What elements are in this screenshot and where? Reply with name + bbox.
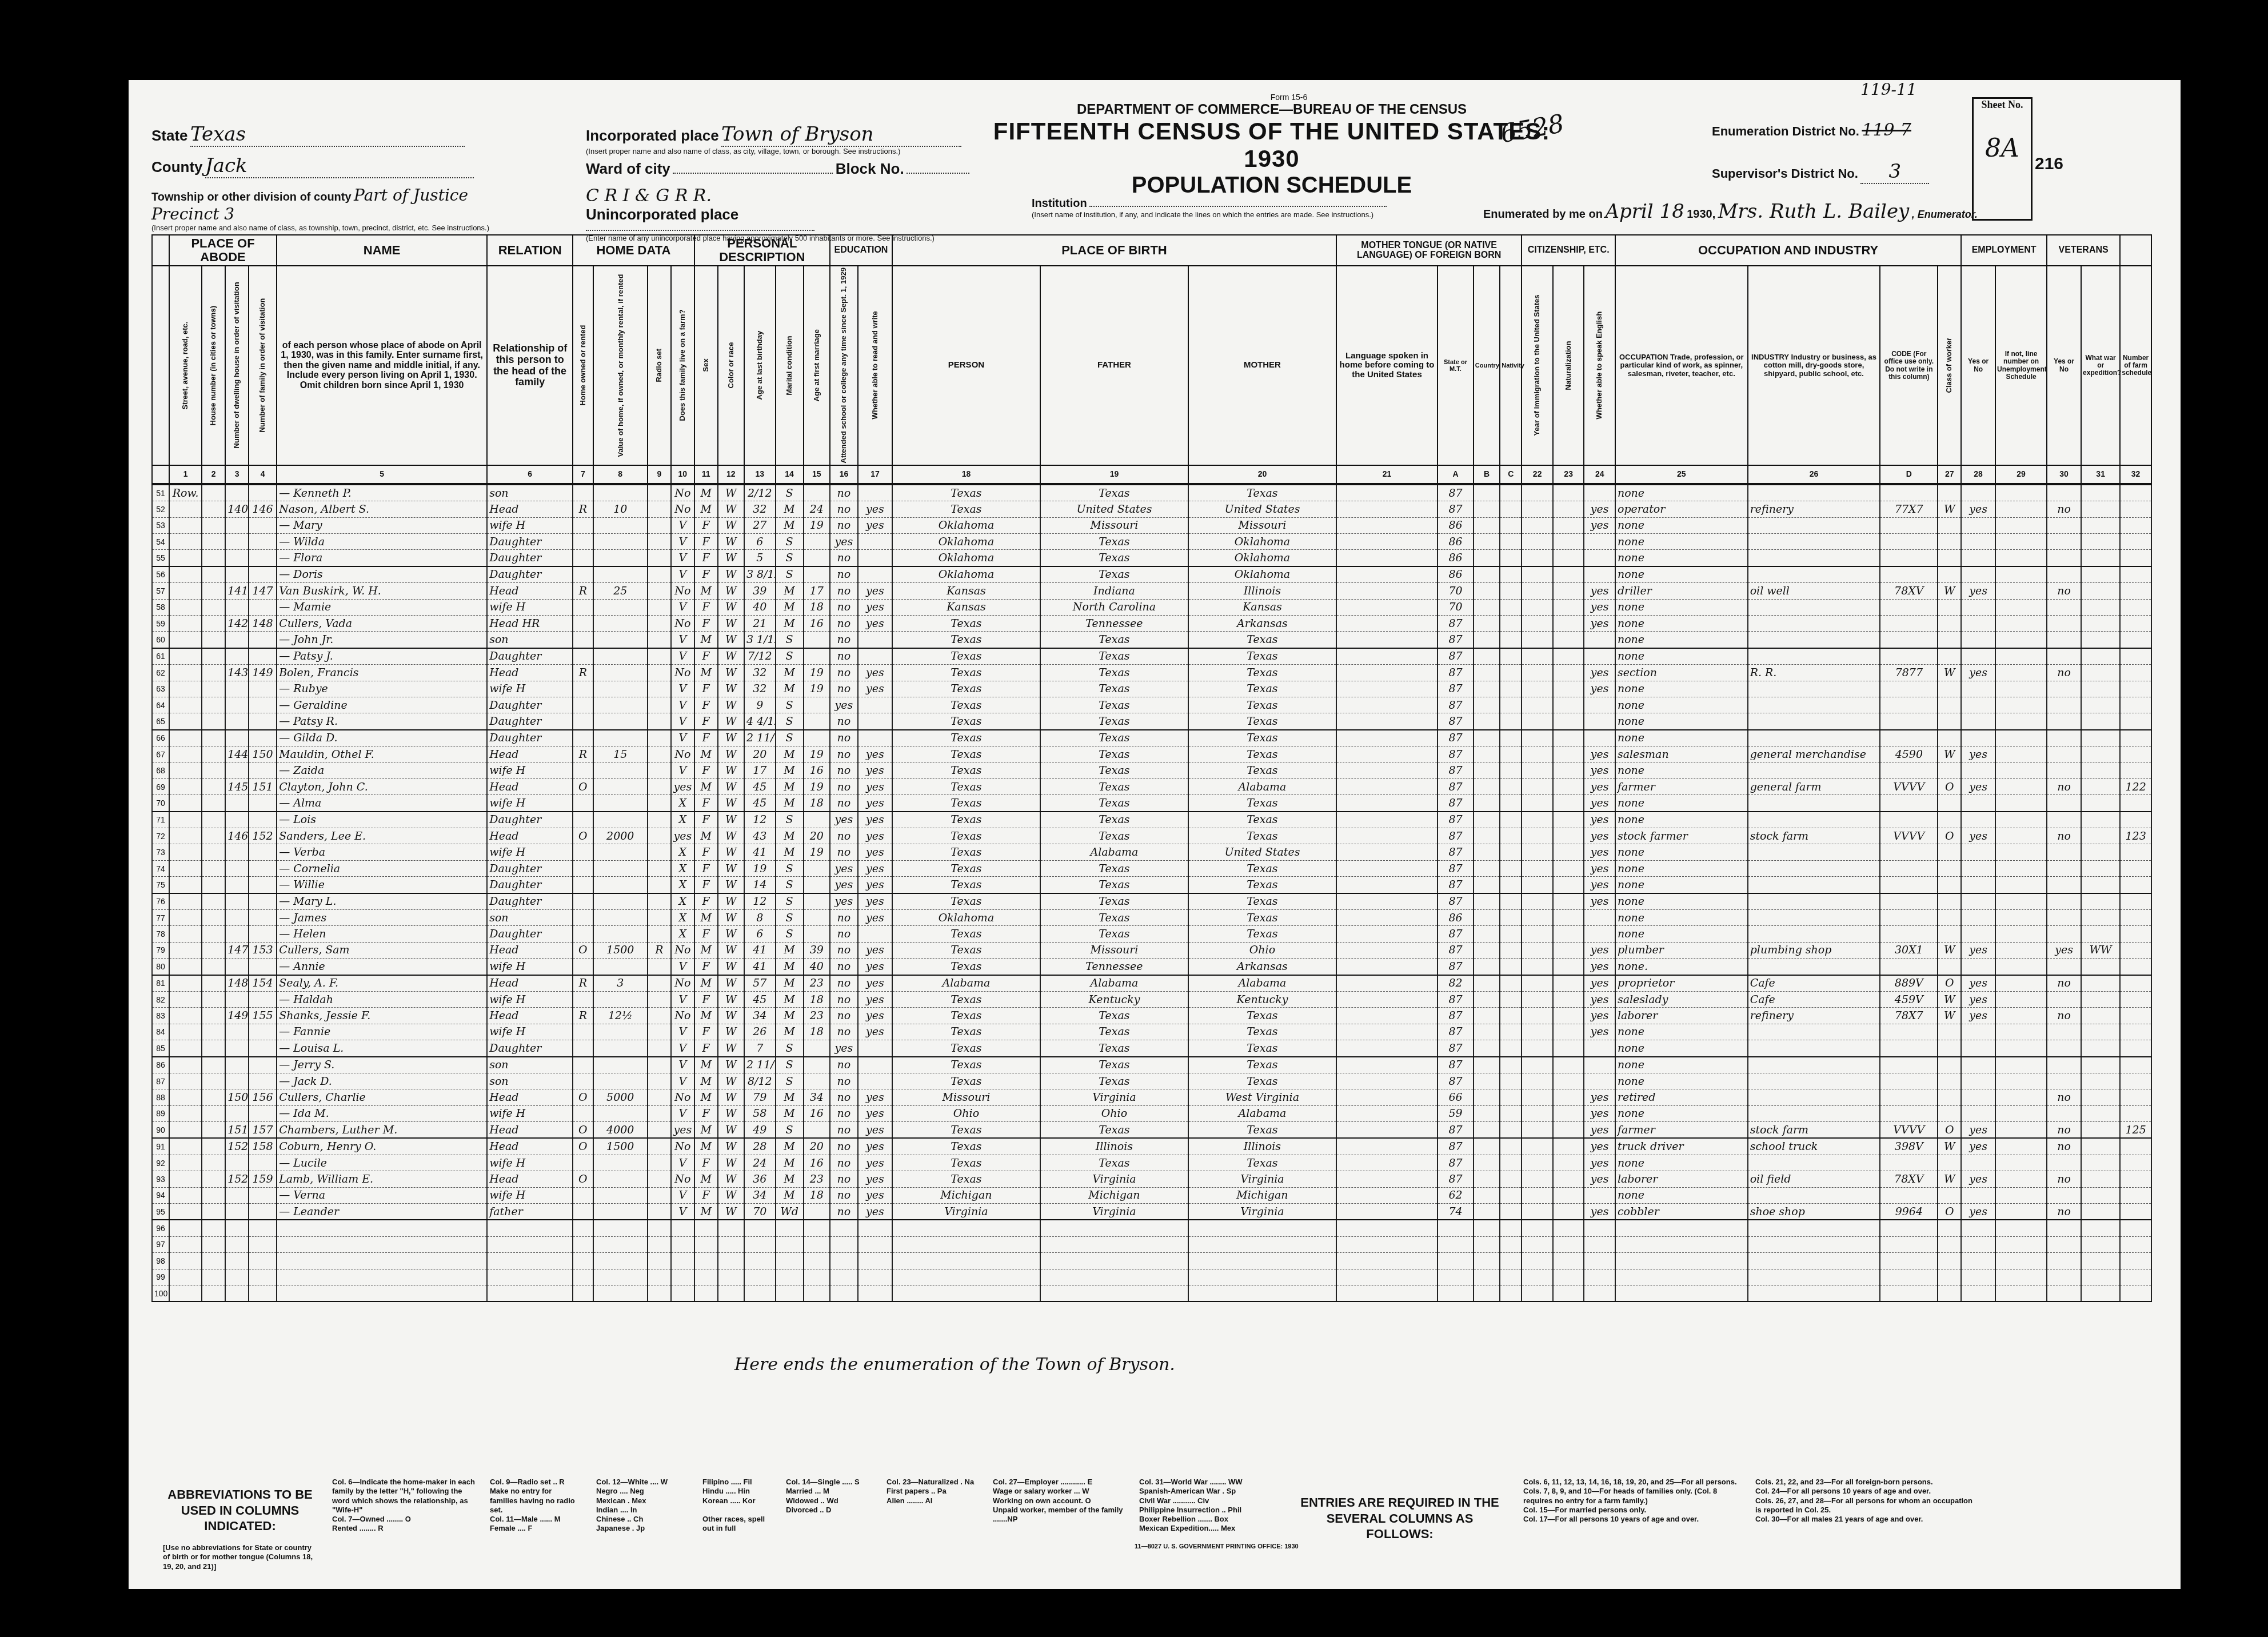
cell-own [573, 713, 593, 730]
cell-cls: O [1938, 778, 1961, 794]
county-field: County Jack [151, 154, 474, 178]
cell-own [573, 566, 593, 583]
cell-school: no [830, 583, 858, 599]
cell-nat [1553, 713, 1584, 730]
cell-race: W [718, 746, 744, 762]
cell-work [1961, 599, 1995, 615]
cell-rel: Daughter [487, 877, 573, 893]
cell-code [1880, 550, 1938, 566]
cell-bpm: Texas [1188, 795, 1336, 812]
cell-a: 87 [1438, 1073, 1474, 1089]
cell-street [169, 681, 202, 697]
cell-vet: no [2047, 501, 2081, 517]
cell-sex: F [694, 1155, 718, 1171]
abbrev-col14: Col. 14—Single ..... S Married ... M Wid… [786, 1478, 872, 1580]
cell-lang [1336, 1253, 1438, 1269]
sheet-value: 8A [1974, 134, 2031, 163]
cell-farmsch [2120, 534, 2151, 550]
cell-bpm [1188, 1236, 1336, 1252]
cell-nat [1553, 1105, 1584, 1121]
cell-mar: S [776, 534, 804, 550]
cell-farm: No [671, 665, 694, 681]
cell-a: 87 [1438, 665, 1474, 681]
cell-fam: 153 [249, 942, 277, 958]
cell-ind [1748, 1155, 1880, 1171]
cell-mar: S [776, 926, 804, 942]
cell-farmsch [2120, 615, 2151, 631]
cell-work [1961, 697, 1995, 713]
cell-val: 3 [593, 975, 648, 992]
cell-vet: no [2047, 1089, 2081, 1105]
cell-fam: 156 [249, 1089, 277, 1105]
cell-bp: Texas [892, 713, 1040, 730]
cell-b [1474, 484, 1500, 501]
cell-school: no [830, 1105, 858, 1121]
cell-fam [249, 1236, 277, 1252]
cell-lang [1336, 812, 1438, 828]
cell-own [573, 1204, 593, 1220]
cell-radio [648, 1089, 671, 1105]
cell-cls: O [1938, 975, 1961, 992]
cell-school: no [830, 501, 858, 517]
cell-bpm: Texas [1188, 909, 1336, 925]
cell-unemp [1995, 615, 2047, 631]
cell-war [2081, 1057, 2120, 1073]
cell-dwell [225, 1204, 249, 1220]
cell-dwell [225, 877, 249, 893]
cell-lang [1336, 1040, 1438, 1057]
cell-b [1474, 877, 1500, 893]
cell-ind [1748, 1073, 1880, 1089]
cell-rel: wife H [487, 599, 573, 615]
cell-mar: M [776, 942, 804, 958]
cell-unemp [1995, 1105, 2047, 1121]
cell-val [593, 1220, 648, 1236]
cell-radio [648, 909, 671, 925]
cell-rel: Daughter [487, 893, 573, 910]
cell-age: 43 [744, 828, 776, 844]
cell-lang [1336, 1236, 1438, 1252]
cell-war [2081, 926, 2120, 942]
cell-school: no [830, 566, 858, 583]
cell-nat [1553, 893, 1584, 910]
cell-bp: Texas [892, 877, 1040, 893]
cell-school: no [830, 632, 858, 648]
cell-bp: Texas [892, 632, 1040, 648]
cell-agem [804, 1269, 830, 1285]
cell-name [277, 1253, 487, 1269]
cell-street: Row. [169, 484, 202, 501]
cell-mar: Wd [776, 1204, 804, 1220]
entries-title: ENTRIES ARE REQUIRED IN THE SEVERAL COLU… [1291, 1478, 1508, 1580]
cell-sex: F [694, 697, 718, 713]
cell-vet [2047, 795, 2081, 812]
cell-own: R [573, 1008, 593, 1024]
cell-code [1880, 517, 1938, 533]
cell-bpm: Texas [1188, 1073, 1336, 1089]
cell-house [202, 1155, 225, 1171]
cell-unemp [1995, 1138, 2047, 1155]
cell-vet [2047, 730, 2081, 746]
cell-age: 34 [744, 1008, 776, 1024]
cell-imm [1522, 534, 1553, 550]
cell-fam [249, 534, 277, 550]
cell-radio [648, 1122, 671, 1139]
table-row: 91152158Coburn, Henry O.HeadO1500NoMW28M… [152, 1138, 2151, 1155]
cell-occ: none [1615, 1024, 1748, 1040]
cell-race: W [718, 1073, 744, 1089]
cell-vet [2047, 762, 2081, 778]
cell-a: 87 [1438, 828, 1474, 844]
cell-occ [1615, 1269, 1748, 1285]
cell-unemp [1995, 1073, 2047, 1089]
cell-a: 87 [1438, 501, 1474, 517]
cell-mar: S [776, 550, 804, 566]
cell-code [1880, 648, 1938, 665]
cell-ind: refinery [1748, 1008, 1880, 1024]
cell-cls [1938, 1236, 1961, 1252]
cell-rel: wife H [487, 991, 573, 1007]
cell-farm: yes [671, 1122, 694, 1139]
cell-unemp [1995, 778, 2047, 794]
cell-code [1880, 1253, 1938, 1269]
cell-own [573, 1236, 593, 1252]
cell-code [1880, 762, 1938, 778]
cell-war [2081, 1171, 2120, 1187]
line-number: 100 [152, 1285, 169, 1301]
cell-war [2081, 1138, 2120, 1155]
cell-read: yes [858, 501, 892, 517]
cell-rel: wife H [487, 517, 573, 533]
institution-label: Institution [1032, 197, 1087, 210]
cell-cls [1938, 959, 1961, 975]
page-stamp: 216 [2035, 154, 2063, 174]
cell-bp: Missouri [892, 1089, 1040, 1105]
cell-val: 10 [593, 501, 648, 517]
cell-imm [1522, 1220, 1553, 1236]
cell-house [202, 583, 225, 599]
cell-farmsch [2120, 632, 2151, 648]
cell-name: — Alma [277, 795, 487, 812]
cell-farmsch [2120, 1008, 2151, 1024]
cell-unemp [1995, 1057, 2047, 1073]
cell-bpm: Texas [1188, 893, 1336, 910]
cell-age: 3 1/12 [744, 632, 776, 648]
cell-school: yes [830, 860, 858, 876]
cell-fam: 148 [249, 615, 277, 631]
cell-code: 4590 [1880, 746, 1938, 762]
col-num: 10 [671, 465, 694, 484]
cell-name: Coburn, Henry O. [277, 1138, 487, 1155]
cell-own [573, 959, 593, 975]
cell-school: yes [830, 1040, 858, 1057]
cell-code [1880, 1089, 1938, 1105]
cell-ind: school truck [1748, 1138, 1880, 1155]
cell-nat [1553, 991, 1584, 1007]
group-home: HOME DATA [573, 235, 694, 266]
cell-ind: shoe shop [1748, 1204, 1880, 1220]
cell-rel: Head [487, 746, 573, 762]
table-row: 56— DorisDaughterVFW3 8/12SnoOklahomaTex… [152, 566, 2151, 583]
cell-c [1500, 583, 1522, 599]
col-num: D [1880, 465, 1938, 484]
cell-bpf: Texas [1040, 566, 1188, 583]
cell-occ: none [1615, 1155, 1748, 1171]
cell-work [1961, 1057, 1995, 1073]
cell-dwell: 152 [225, 1138, 249, 1155]
table-row: 72146152Sanders, Lee E.HeadO2000yesMW43M… [152, 828, 2151, 844]
cell-radio [648, 1285, 671, 1301]
cell-nat [1553, 1253, 1584, 1269]
cell-age: 45 [744, 795, 776, 812]
cell-school [830, 1253, 858, 1269]
cell-a: 87 [1438, 1155, 1474, 1171]
cell-mar: S [776, 1057, 804, 1073]
cell-ind: oil field [1748, 1171, 1880, 1187]
cell-farm: X [671, 893, 694, 910]
cell-name: — Kenneth P. [277, 484, 487, 501]
cell-c [1500, 926, 1522, 942]
cell-c [1500, 1220, 1522, 1236]
group-occupation: OCCUPATION AND INDUSTRY [1615, 235, 1961, 266]
cell-imm [1522, 991, 1553, 1007]
table-row: 73— Verbawife HXFW41M19noyesTexasAlabama… [152, 844, 2151, 860]
group-birth: PLACE OF BIRTH [892, 235, 1336, 266]
cell-farm: V [671, 599, 694, 615]
cell-lang [1336, 1024, 1438, 1040]
cell-bpf: Texas [1040, 534, 1188, 550]
cell-mar: M [776, 1171, 804, 1187]
cell-nat [1553, 665, 1584, 681]
cell-work: yes [1961, 665, 1995, 681]
cell-mar: S [776, 730, 804, 746]
cell-war [2081, 975, 2120, 992]
cell-bpm: United States [1188, 844, 1336, 860]
cell-ind [1748, 1269, 1880, 1285]
table-row: 95— LeanderfatherVMW70WdnoyesVirginiaVir… [152, 1204, 2151, 1220]
cell-bp: Texas [892, 926, 1040, 942]
cell-name: — Wilda [277, 534, 487, 550]
cell-bpm: Texas [1188, 746, 1336, 762]
cell-race [718, 1253, 744, 1269]
cell-sex: F [694, 860, 718, 876]
cell-age: 32 [744, 501, 776, 517]
cell-own: R [573, 975, 593, 992]
cell-lang [1336, 484, 1438, 501]
abbrev-col12-other: Filipino ..... Fil Hindu ..... Hin Korea… [702, 1478, 771, 1580]
cell-school: no [830, 1138, 858, 1155]
cell-cls [1938, 1285, 1961, 1301]
col-20-header: MOTHER [1188, 266, 1336, 465]
cell-farmsch [2120, 550, 2151, 566]
cell-nat [1553, 1040, 1584, 1057]
cell-eng: yes [1584, 959, 1615, 975]
cell-read [858, 1040, 892, 1057]
cell-cls [1938, 648, 1961, 665]
cell-farm: V [671, 1187, 694, 1203]
cell-agem: 19 [804, 746, 830, 762]
cell-agem [804, 1204, 830, 1220]
cell-a [1438, 1253, 1474, 1269]
cell-school: no [830, 681, 858, 697]
cell-lang [1336, 550, 1438, 566]
cell-occ [1615, 1236, 1748, 1252]
cell-c [1500, 550, 1522, 566]
cell-age: 3 8/12 [744, 566, 776, 583]
table-row: 71— LoisDaughterXFW12SyesyesTexasTexasTe… [152, 812, 2151, 828]
cell-bpf: Texas [1040, 860, 1188, 876]
cell-vet [2047, 746, 2081, 762]
cell-a [1438, 1236, 1474, 1252]
cell-street [169, 909, 202, 925]
cell-farm: X [671, 812, 694, 828]
cell-farm: yes [671, 828, 694, 844]
cell-unemp [1995, 1187, 2047, 1203]
cell-ind [1748, 812, 1880, 828]
col-7-header: Home owned or rented [573, 266, 593, 465]
cell-name: Sealy, A. F. [277, 975, 487, 992]
cell-imm [1522, 681, 1553, 697]
cell-cls [1938, 713, 1961, 730]
cell-vet [2047, 1105, 2081, 1121]
cell-eng [1584, 484, 1615, 501]
col-num: 3 [225, 465, 249, 484]
line-number: 85 [152, 1040, 169, 1057]
cell-street [169, 1171, 202, 1187]
cell-own [573, 1024, 593, 1040]
cell-sex: F [694, 926, 718, 942]
cell-eng: yes [1584, 991, 1615, 1007]
cell-agem: 16 [804, 1155, 830, 1171]
cell-vet: yes [2047, 942, 2081, 958]
cell-read [858, 1253, 892, 1269]
cell-imm [1522, 778, 1553, 794]
cell-val: 25 [593, 583, 648, 599]
cell-c [1500, 1122, 1522, 1139]
cell-vet [2047, 1024, 2081, 1040]
cell-war [2081, 517, 2120, 533]
cell-val [593, 959, 648, 975]
cell-eng: yes [1584, 583, 1615, 599]
line-number: 84 [152, 1024, 169, 1040]
cell-bp: Kansas [892, 599, 1040, 615]
cell-code [1880, 730, 1938, 746]
cell-war [2081, 795, 2120, 812]
cell-b [1474, 1204, 1500, 1220]
cell-cls [1938, 860, 1961, 876]
cell-bpm: Alabama [1188, 1105, 1336, 1121]
cell-age: 40 [744, 599, 776, 615]
line-number: 69 [152, 778, 169, 794]
cell-race: W [718, 599, 744, 615]
cell-house [202, 975, 225, 992]
cell-eng [1584, 566, 1615, 583]
cell-bp: Texas [892, 615, 1040, 631]
table-row: 54— WildaDaughterVFW6SyesOklahomaTexasOk… [152, 534, 2151, 550]
cell-occ: saleslady [1615, 991, 1748, 1007]
cell-name: — John Jr. [277, 632, 487, 648]
cell-lang [1336, 1187, 1438, 1203]
cell-ind [1748, 1040, 1880, 1057]
cell-name: — Cornelia [277, 860, 487, 876]
cell-imm [1522, 713, 1553, 730]
cell-street [169, 893, 202, 910]
cell-dwell [225, 599, 249, 615]
cell-occ: none [1615, 1187, 1748, 1203]
cell-name: Lamb, William E. [277, 1171, 487, 1187]
col-14-header: Marital condition [776, 266, 804, 465]
cell-vet [2047, 893, 2081, 910]
cell-war [2081, 665, 2120, 681]
cell-name: — Lucile [277, 1155, 487, 1171]
cell-val [593, 665, 648, 681]
cell-eng [1584, 713, 1615, 730]
institution-field: Institution (Insert name of institution,… [1032, 197, 1387, 219]
cell-agem: 16 [804, 1105, 830, 1121]
cell-a: 87 [1438, 942, 1474, 958]
cell-c [1500, 1253, 1522, 1269]
cell-b [1474, 844, 1500, 860]
cell-unemp [1995, 599, 2047, 615]
cell-work [1961, 795, 1995, 812]
cell-lang [1336, 1138, 1438, 1155]
form-number: Form 15-6 [986, 93, 1558, 102]
cell-street [169, 1122, 202, 1139]
cell-eng: yes [1584, 893, 1615, 910]
cell-nat [1553, 1024, 1584, 1040]
cell-b [1474, 762, 1500, 778]
cell-farmsch [2120, 648, 2151, 665]
schedule-title: POPULATION SCHEDULE [986, 173, 1558, 198]
cell-war [2081, 1236, 2120, 1252]
cell-bpf: Texas [1040, 665, 1188, 681]
cell-name [277, 1220, 487, 1236]
line-number: 52 [152, 501, 169, 517]
cell-bp: Texas [892, 844, 1040, 860]
cell-b [1474, 1105, 1500, 1121]
cell-eng: yes [1584, 812, 1615, 828]
cell-age: 34 [744, 1187, 776, 1203]
cell-farm: No [671, 1138, 694, 1155]
cell-agem [804, 550, 830, 566]
cell-eng: yes [1584, 1204, 1615, 1220]
cell-b [1474, 632, 1500, 648]
cell-nat [1553, 550, 1584, 566]
cell-occ: none [1615, 632, 1748, 648]
cell-work [1961, 959, 1995, 975]
cell-mar: M [776, 1105, 804, 1121]
cell-b [1474, 665, 1500, 681]
cell-code [1880, 1155, 1938, 1171]
col-num: 21 [1336, 465, 1438, 484]
cell-dwell: 142 [225, 615, 249, 631]
abbrev-col9: Col. 9—Radio set .. R Make no entry for … [490, 1478, 581, 1580]
cell-eng: yes [1584, 1171, 1615, 1187]
cell-read [858, 1236, 892, 1252]
cell-work [1961, 1089, 1995, 1105]
cell-cls [1938, 1073, 1961, 1089]
cell-street [169, 762, 202, 778]
cell-name: — Fannie [277, 1024, 487, 1040]
cell-bpm: Texas [1188, 484, 1336, 501]
cell-bpf: Texas [1040, 1073, 1188, 1089]
group-veterans: VETERANS [2047, 235, 2120, 266]
cell-cls [1938, 909, 1961, 925]
cell-imm [1522, 975, 1553, 992]
cell-nat [1553, 1089, 1584, 1105]
cell-school: no [830, 844, 858, 860]
cell-agem: 34 [804, 1089, 830, 1105]
